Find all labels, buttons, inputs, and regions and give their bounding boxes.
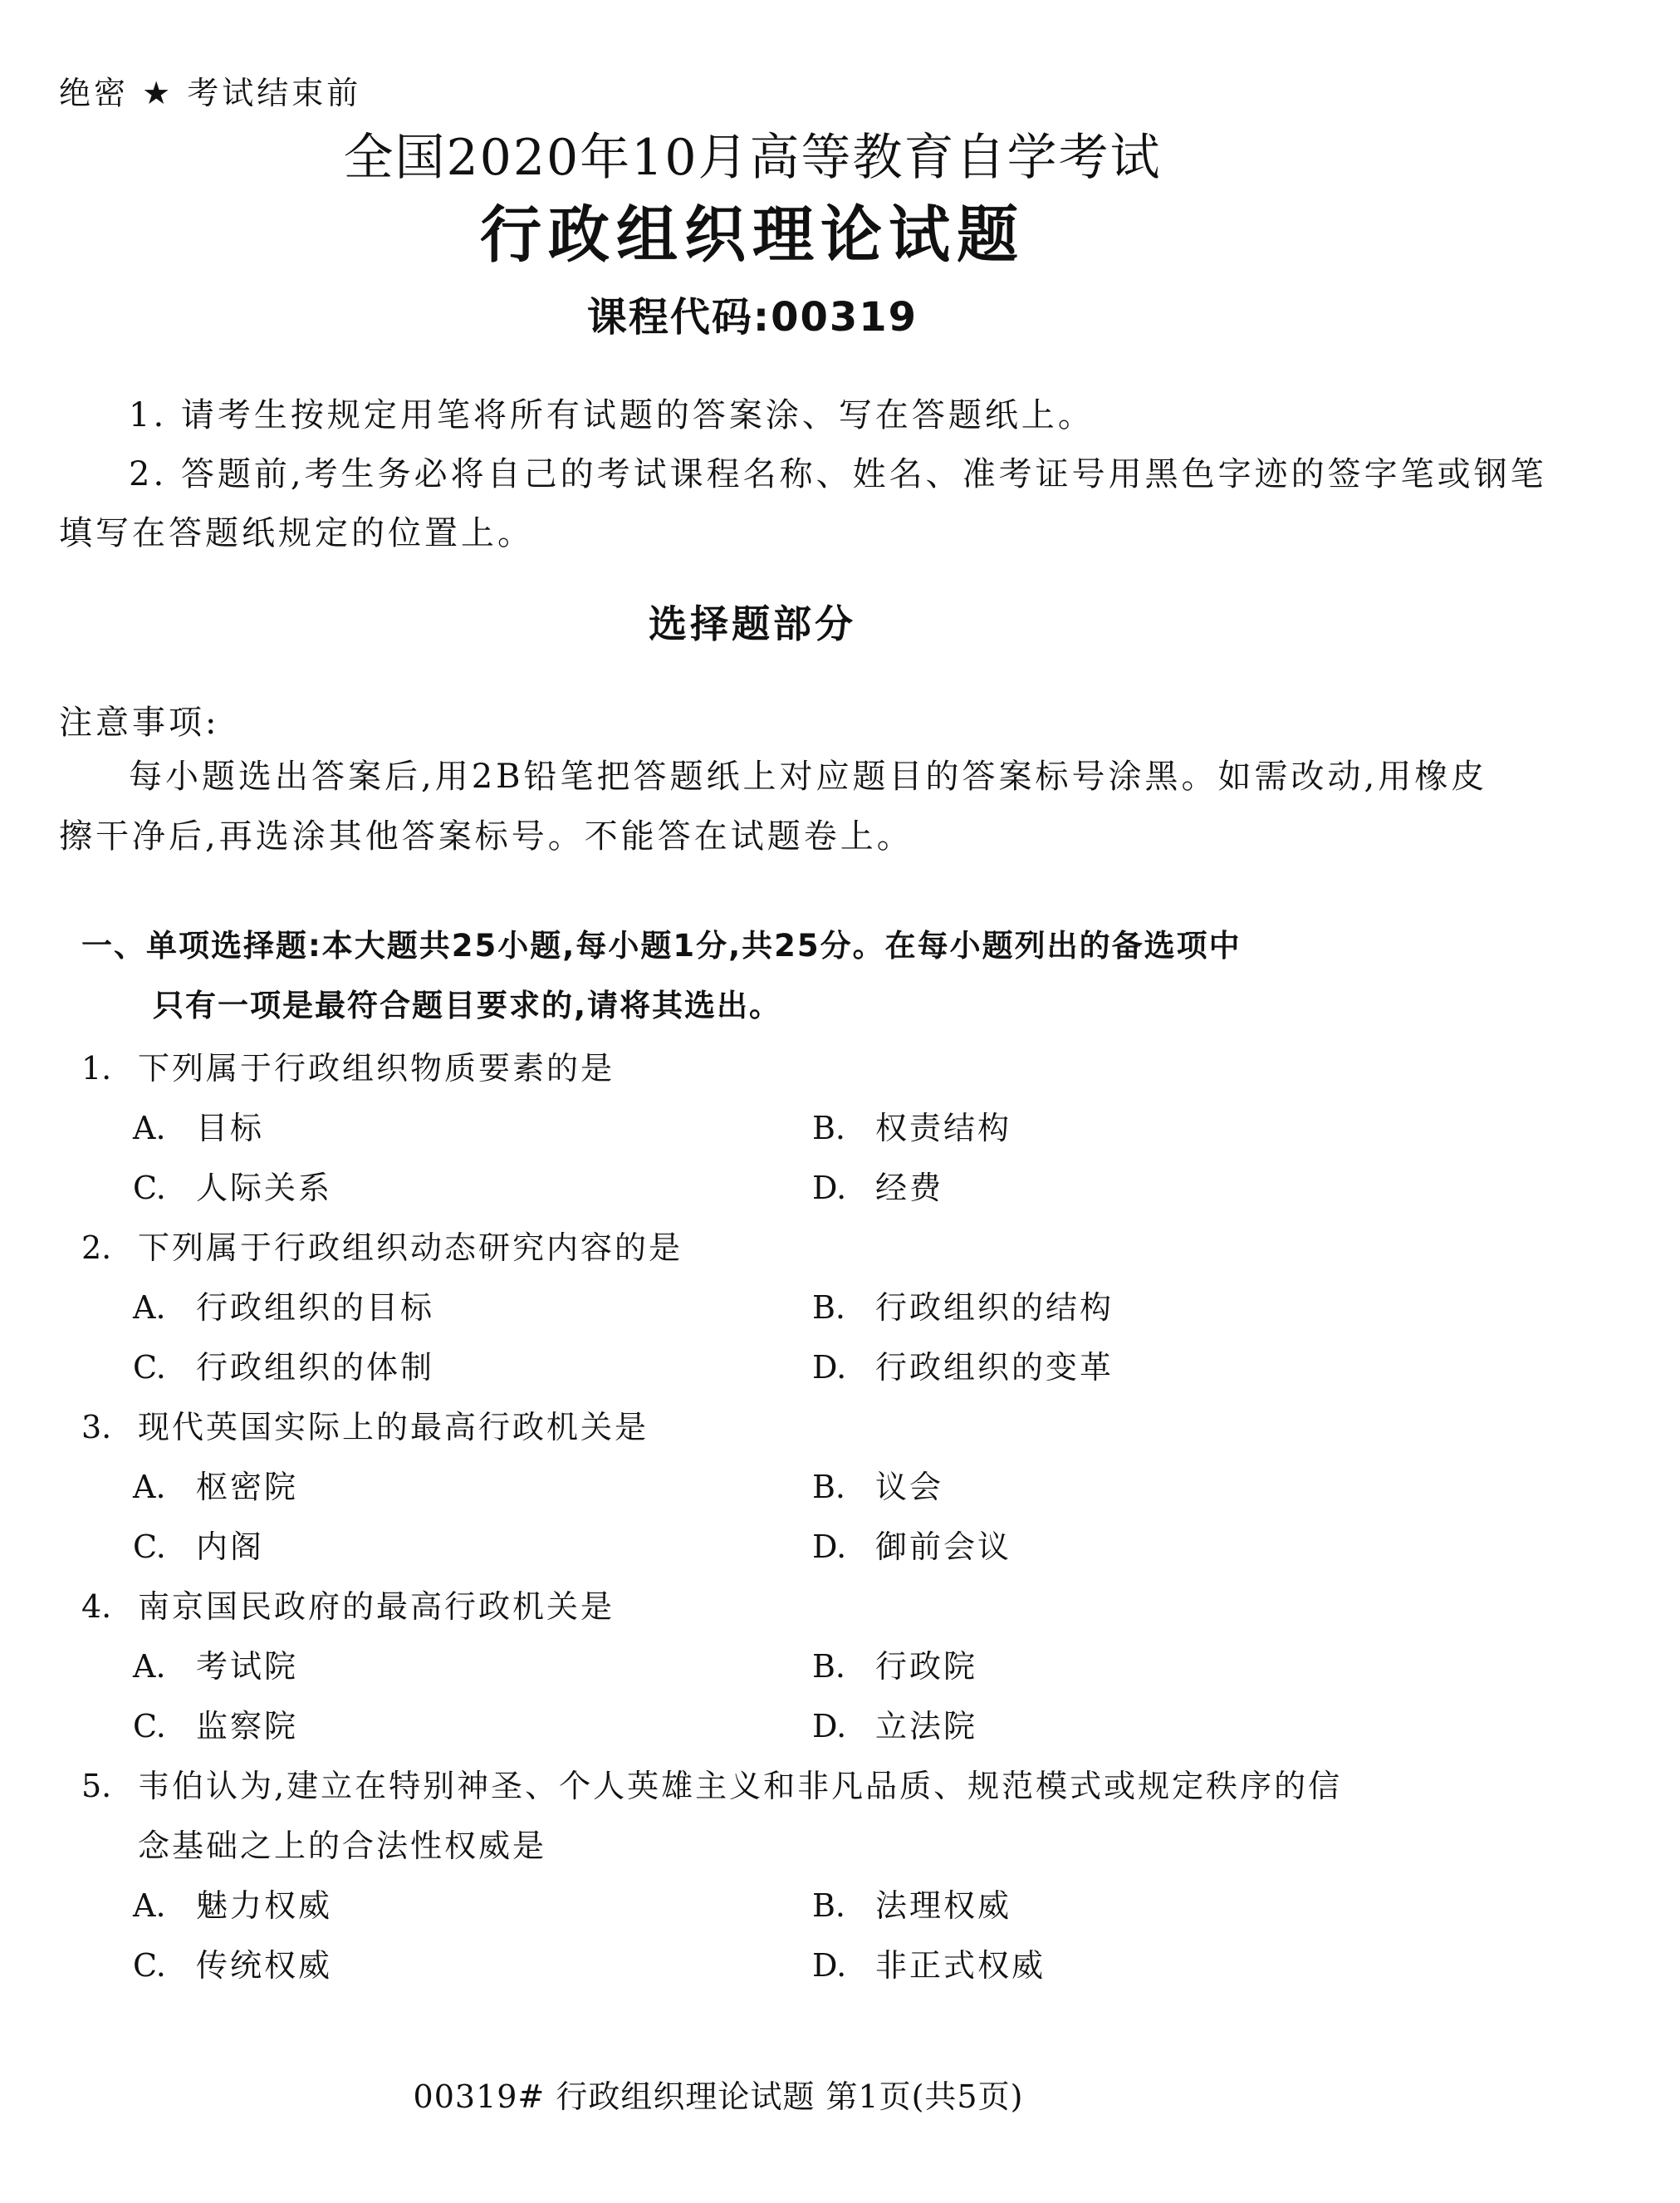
- option-4c: C.监察院: [133, 1710, 298, 1742]
- option-label: D.: [812, 1710, 875, 1742]
- option-label: B.: [812, 1112, 875, 1144]
- option-label: A.: [133, 1471, 196, 1503]
- option-4d: D.立法院: [812, 1710, 977, 1742]
- option-2d: D.行政组织的变革: [812, 1352, 1114, 1383]
- option-1b: B.权责结构: [812, 1112, 1011, 1144]
- question-number: 2.: [81, 1232, 138, 1263]
- option-label: B.: [812, 1651, 875, 1682]
- question-3: 3.现代英国实际上的最高行政机关是: [81, 1411, 649, 1443]
- section-heading-line-1: 一、单项选择题:本大题共25小题,每小题1分,共25分。在每小题列出的备选项中: [81, 930, 1242, 961]
- option-text: 行政院: [875, 1648, 977, 1685]
- question-text: 南京国民政府的最高行政机关是: [138, 1588, 615, 1625]
- option-text: 行政组织的结构: [875, 1289, 1114, 1326]
- question-5: 5.韦伯认为,建立在特别神圣、个人英雄主义和非凡品质、规范模式或规定秩序的信: [81, 1770, 1342, 1802]
- question-text: 韦伯认为,建立在特别神圣、个人英雄主义和非凡品质、规范模式或规定秩序的信: [138, 1768, 1342, 1804]
- option-label: D.: [812, 1950, 875, 1981]
- option-3d: D.御前会议: [812, 1531, 1011, 1563]
- notice-line-2: 擦干净后,再选涂其他答案标号。不能答在试题卷上。: [59, 820, 913, 853]
- question-2: 2.下列属于行政组织动态研究内容的是: [81, 1232, 683, 1263]
- option-label: B.: [812, 1292, 875, 1323]
- question-number: 5.: [81, 1770, 138, 1802]
- option-1d: D.经费: [812, 1172, 943, 1204]
- option-label: A.: [133, 1890, 196, 1921]
- exam-page: 绝密 ★ 考试结束前 全国2020年10月高等教育自学考试 行政组织理论试题 课…: [0, 0, 1680, 2203]
- option-label: B.: [812, 1471, 875, 1503]
- option-text: 行政组织的变革: [875, 1349, 1114, 1386]
- option-3b: B.议会: [812, 1471, 943, 1503]
- option-3c: C.内阁: [133, 1531, 264, 1563]
- course-code: 课程代码:00319: [0, 297, 1505, 337]
- question-4: 4.南京国民政府的最高行政机关是: [81, 1591, 615, 1622]
- option-label: C.: [133, 1172, 196, 1204]
- option-text: 人际关系: [196, 1170, 332, 1206]
- option-2c: C.行政组织的体制: [133, 1352, 434, 1383]
- option-4a: A.考试院: [133, 1651, 298, 1682]
- option-text: 目标: [196, 1110, 264, 1146]
- question-text: 现代英国实际上的最高行政机关是: [138, 1409, 649, 1445]
- option-label: D.: [812, 1352, 875, 1383]
- option-2a: A.行政组织的目标: [133, 1292, 434, 1323]
- option-text: 非正式权威: [875, 1947, 1046, 1984]
- option-text: 行政组织的体制: [196, 1349, 434, 1386]
- option-text: 议会: [875, 1469, 943, 1505]
- option-5c: C.传统权威: [133, 1950, 332, 1981]
- option-label: B.: [812, 1890, 875, 1921]
- option-label: A.: [133, 1112, 196, 1144]
- question-text: 下列属于行政组织物质要素的是: [138, 1050, 615, 1087]
- option-text: 法理权威: [875, 1887, 1011, 1924]
- option-text: 魅力权威: [196, 1887, 332, 1924]
- option-4b: B.行政院: [812, 1651, 977, 1682]
- option-3a: A.枢密院: [133, 1471, 298, 1503]
- option-text: 行政组织的目标: [196, 1289, 434, 1326]
- option-label: A.: [133, 1292, 196, 1323]
- option-label: C.: [133, 1531, 196, 1563]
- option-text: 立法院: [875, 1708, 977, 1744]
- option-text: 枢密院: [196, 1469, 298, 1505]
- option-label: C.: [133, 1950, 196, 1981]
- page-footer: 00319# 行政组织理论试题 第1页(共5页): [0, 2081, 1437, 2112]
- option-text: 御前会议: [875, 1528, 1011, 1565]
- option-label: C.: [133, 1710, 196, 1742]
- option-text: 内阁: [196, 1528, 264, 1565]
- option-label: A.: [133, 1651, 196, 1682]
- section-heading-line-2: 只有一项是最符合题目要求的,请将其选出。: [153, 990, 781, 1021]
- instruction-1: 1. 请考生按规定用笔将所有试题的答案涂、写在答题纸上。: [129, 399, 1095, 432]
- part-title: 选择题部分: [0, 605, 1505, 643]
- option-5a: A.魅力权威: [133, 1890, 332, 1921]
- question-number: 1.: [81, 1052, 138, 1084]
- option-label: D.: [812, 1172, 875, 1204]
- classified-label: 绝密 ★ 考试结束前: [59, 77, 361, 109]
- option-text: 传统权威: [196, 1947, 332, 1984]
- option-5b: B.法理权威: [812, 1890, 1011, 1921]
- notice-label: 注意事项:: [59, 706, 219, 739]
- option-text: 监察院: [196, 1708, 298, 1744]
- option-2b: B.行政组织的结构: [812, 1292, 1114, 1323]
- option-5d: D.非正式权威: [812, 1950, 1046, 1981]
- question-text: 下列属于行政组织动态研究内容的是: [138, 1229, 683, 1266]
- option-1a: A.目标: [133, 1112, 264, 1144]
- page-title: 行政组织理论试题: [0, 204, 1505, 266]
- option-text: 权责结构: [875, 1110, 1011, 1146]
- notice-line-1: 每小题选出答案后,用2B铅笔把答题纸上对应题目的答案标号涂黑。如需改动,用橡皮: [129, 760, 1487, 793]
- option-label: D.: [812, 1531, 875, 1563]
- question-1: 1.下列属于行政组织物质要素的是: [81, 1052, 615, 1084]
- instruction-3: 填写在答题纸规定的位置上。: [59, 517, 534, 550]
- question-number: 3.: [81, 1411, 138, 1443]
- instruction-2: 2. 答题前,考生务必将自己的考试课程名称、姓名、准考证号用黑色字迹的签字笔或钢…: [129, 458, 1547, 491]
- exam-name: 全国2020年10月高等教育自学考试: [0, 133, 1505, 183]
- option-label: C.: [133, 1352, 196, 1383]
- option-text: 经费: [875, 1170, 943, 1206]
- question-5-continuation: 念基础之上的合法性权威是: [138, 1830, 546, 1862]
- question-number: 4.: [81, 1591, 138, 1622]
- option-1c: C.人际关系: [133, 1172, 332, 1204]
- option-text: 考试院: [196, 1648, 298, 1685]
